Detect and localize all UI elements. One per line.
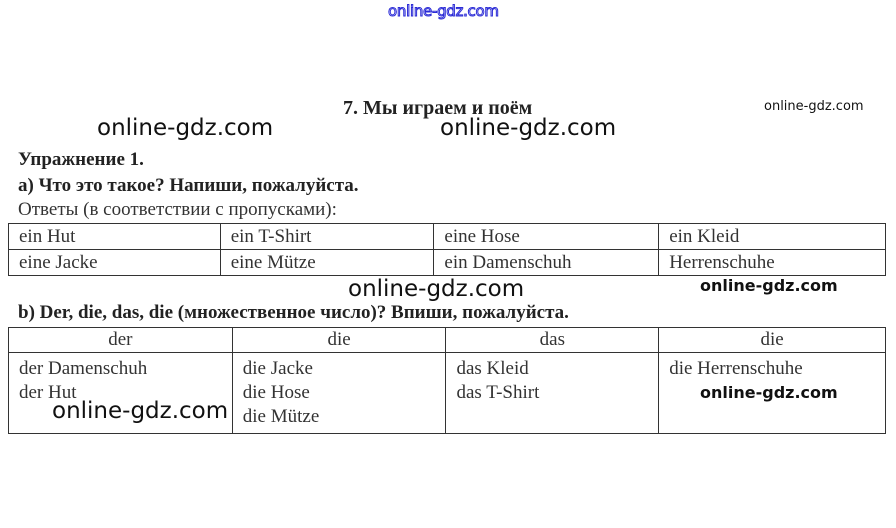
table-row: eine Jacke eine Mütze ein Damenschuh Her… xyxy=(9,250,886,276)
question-a: а) Что это такое? Напиши, пожалуйста. xyxy=(18,175,359,197)
table-cell: das Kleid das T-Shirt xyxy=(446,353,659,434)
column-header-die: die xyxy=(232,328,446,353)
watermark: online-gdz.com xyxy=(764,99,864,114)
exercise-heading: Упражнение 1. xyxy=(18,149,144,171)
table-cell: ein Kleid xyxy=(659,224,886,250)
column-header-der: der xyxy=(9,328,233,353)
table-cell: eine Hose xyxy=(434,224,659,250)
table-cell: eine Mütze xyxy=(220,250,434,276)
answers-table-a: ein Hut ein T-Shirt eine Hose ein Kleid … xyxy=(8,223,886,276)
table-cell: ein T-Shirt xyxy=(220,224,434,250)
table-cell: Herrenschuhe xyxy=(659,250,886,276)
list-item: die Jacke xyxy=(243,357,446,381)
watermark: online-gdz.com xyxy=(700,276,838,295)
table-row: ein Hut ein T-Shirt eine Hose ein Kleid xyxy=(9,224,886,250)
list-item: die Mütze xyxy=(243,405,446,429)
list-item: das Kleid xyxy=(456,357,658,381)
list-item: das T-Shirt xyxy=(456,381,658,405)
question-b: b) Der, die, das, die (множественное чис… xyxy=(18,302,569,324)
watermark: online-gdz.com xyxy=(97,115,273,141)
watermark: online-gdz.com xyxy=(348,276,524,302)
list-item: der Damenschuh xyxy=(19,357,232,381)
table-cell: ein Hut xyxy=(9,224,221,250)
list-item: die Hose xyxy=(243,381,446,405)
watermark: online-gdz.com xyxy=(700,383,838,402)
watermark: online-gdz.com xyxy=(440,115,616,141)
answers-label: Ответы (в соответствии с пропусками): xyxy=(18,199,337,221)
column-header-das: das xyxy=(446,328,659,353)
table-header-row: der die das die xyxy=(9,328,886,353)
table-cell: eine Jacke xyxy=(9,250,221,276)
table-cell: die Jacke die Hose die Mütze xyxy=(232,353,446,434)
column-header-die-plural: die xyxy=(659,328,886,353)
site-watermark-top: online-gdz.com xyxy=(388,2,499,20)
table-cell: ein Damenschuh xyxy=(434,250,659,276)
watermark: online-gdz.com xyxy=(52,398,228,424)
list-item: die Herrenschuhe xyxy=(669,357,885,381)
